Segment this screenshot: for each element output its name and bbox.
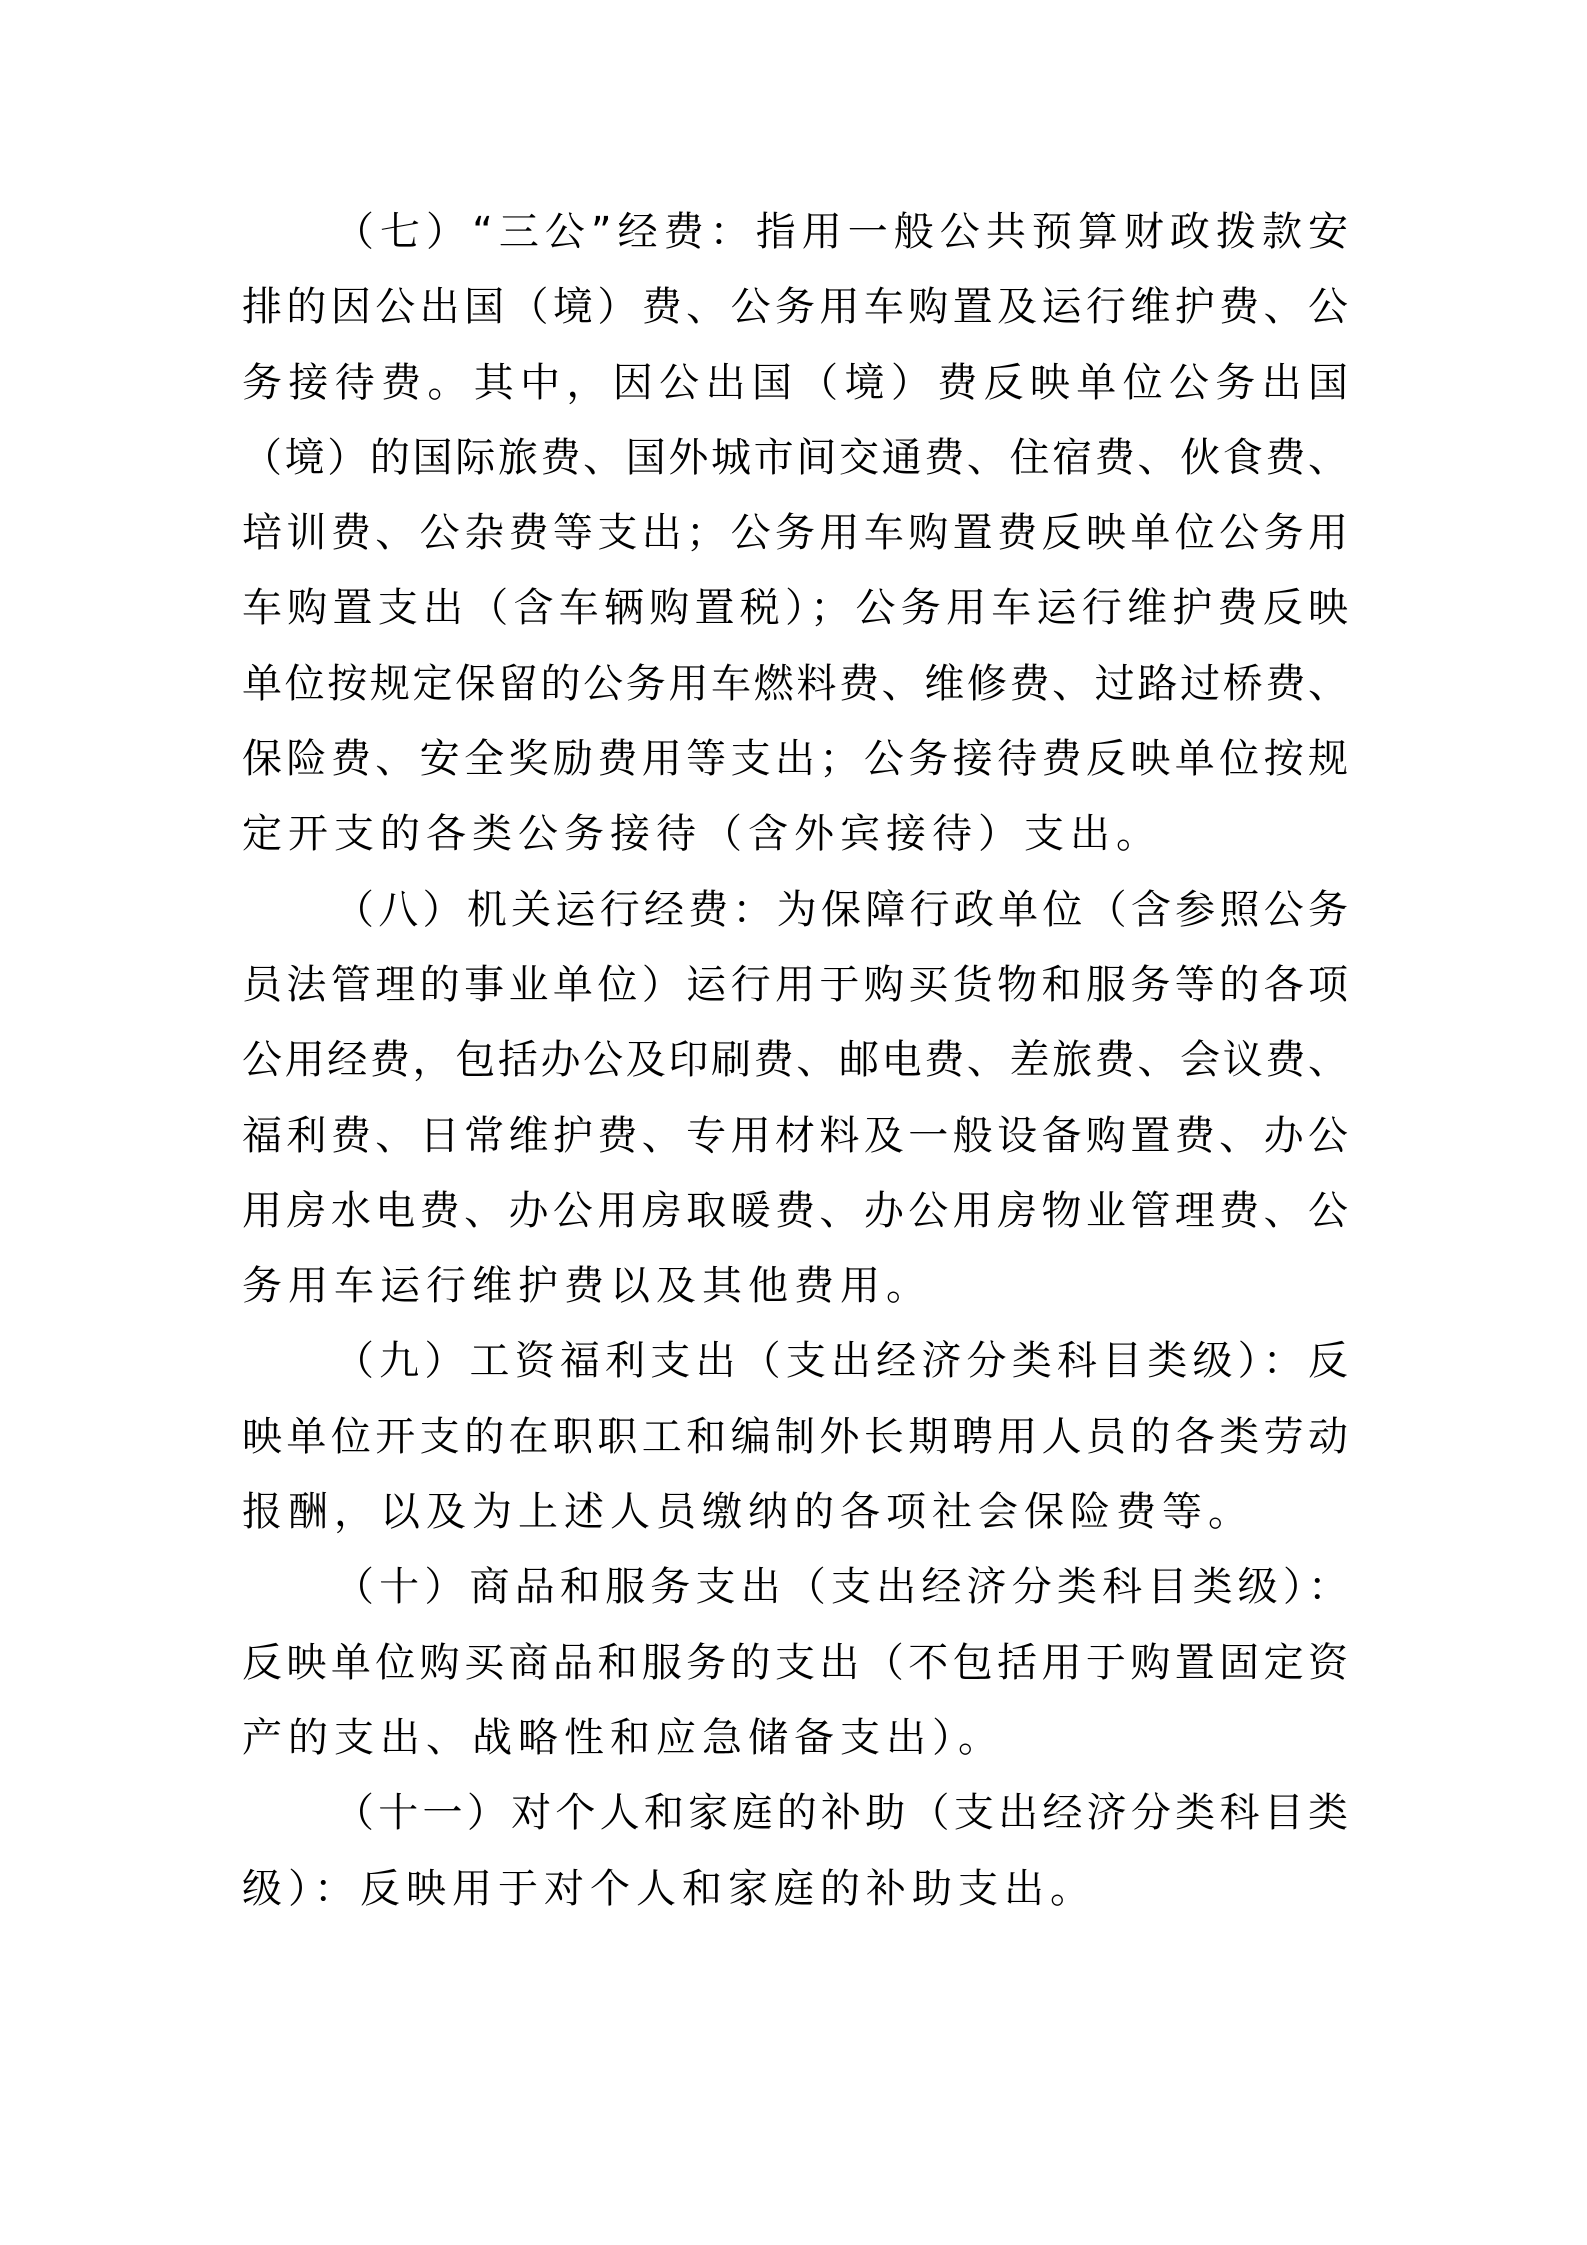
paragraph-line: 报酬，以及为上述人员缴纳的各项社会保险费等。 [242,1475,1348,1550]
paragraph-three-public-expenses: （七）“三公”经费：指用一般公共预算财政拨款安 排的因公出国（境）费、公务用车购… [242,195,1348,873]
paragraph-line: 用房水电费、办公用房取暖费、办公用房物业管理费、公 [242,1174,1348,1249]
paragraph-line: 公用经费，包括办公及印刷费、邮电费、差旅费、会议费、 [242,1023,1348,1098]
paragraph-household-subsidies: （十一）对个人和家庭的补助（支出经济分类科目类 级）：反映用于对个人和家庭的补助… [242,1776,1348,1927]
paragraph-line: 员法管理的事业单位）运行用于购买货物和服务等的各项 [242,948,1348,1023]
paragraph-line: 保险费、安全奖励费用等支出；公务接待费反映单位按规 [242,722,1348,797]
paragraph-line-text: 定开支的各类公务接待（含外宾接待）支出。 [242,811,1162,857]
paragraph-line: 级）：反映用于对个人和家庭的补助支出。 [242,1852,1348,1927]
paragraph-wages-welfare: （九）工资福利支出（支出经济分类科目类级）：反 映单位开支的在职职工和编制外长期… [242,1324,1348,1550]
paragraph-line: 产的支出、战略性和应急储备支出）。 [242,1701,1348,1776]
paragraph-line-text: 级）：反映用于对个人和家庭的补助支出。 [242,1866,1096,1912]
paragraph-line: 映单位开支的在职职工和编制外长期聘用人员的各类劳动 [242,1400,1348,1475]
paragraph-line: （七）“三公”经费：指用一般公共预算财政拨款安 [242,195,1348,270]
paragraph-line: 务接待费。其中，因公出国（境）费反映单位公务出国 [242,346,1348,421]
paragraph-line: （八）机关运行经费：为保障行政单位（含参照公务 [242,873,1348,948]
paragraph-line: 车购置支出（含车辆购置税）；公务用车运行维护费反映 [242,571,1348,646]
paragraph-line: 反映单位购买商品和服务的支出（不包括用于购置固定资 [242,1626,1348,1701]
paragraph-line: （十）商品和服务支出（支出经济分类科目类级）： [242,1550,1348,1625]
paragraph-line: 培训费、公杂费等支出；公务用车购置费反映单位公务用 [242,496,1348,571]
paragraph-line-text: 报酬，以及为上述人员缴纳的各项社会保险费等。 [242,1489,1254,1535]
paragraph-line: 福利费、日常维护费、专用材料及一般设备购置费、办公 [242,1099,1348,1174]
paragraph-line: 务用车运行维护费以及其他费用。 [242,1249,1348,1324]
paragraph-line: 单位按规定保留的公务用车燃料费、维修费、过路过桥费、 [242,647,1348,722]
paragraph-line-text: 产的支出、战略性和应急储备支出）。 [242,1715,1004,1761]
paragraph-line: （境）的国际旅费、国外城市间交通费、住宿费、伙食费、 [242,421,1348,496]
paragraph-line: 定开支的各类公务接待（含外宾接待）支出。 [242,797,1348,872]
paragraph-line: （十一）对个人和家庭的补助（支出经济分类科目类 [242,1776,1348,1851]
paragraph-line: （九）工资福利支出（支出经济分类科目类级）：反 [242,1324,1348,1399]
paragraph-agency-operating-expenses: （八）机关运行经费：为保障行政单位（含参照公务 员法管理的事业单位）运行用于购买… [242,873,1348,1325]
paragraph-line: 排的因公出国（境）费、公务用车购置及运行维护费、公 [242,270,1348,345]
document-page: （七）“三公”经费：指用一般公共预算财政拨款安 排的因公出国（境）费、公务用车购… [242,195,1348,1927]
paragraph-line-text: 务用车运行维护费以及其他费用。 [242,1263,932,1309]
paragraph-goods-services: （十）商品和服务支出（支出经济分类科目类级）： 反映单位购买商品和服务的支出（不… [242,1550,1348,1776]
